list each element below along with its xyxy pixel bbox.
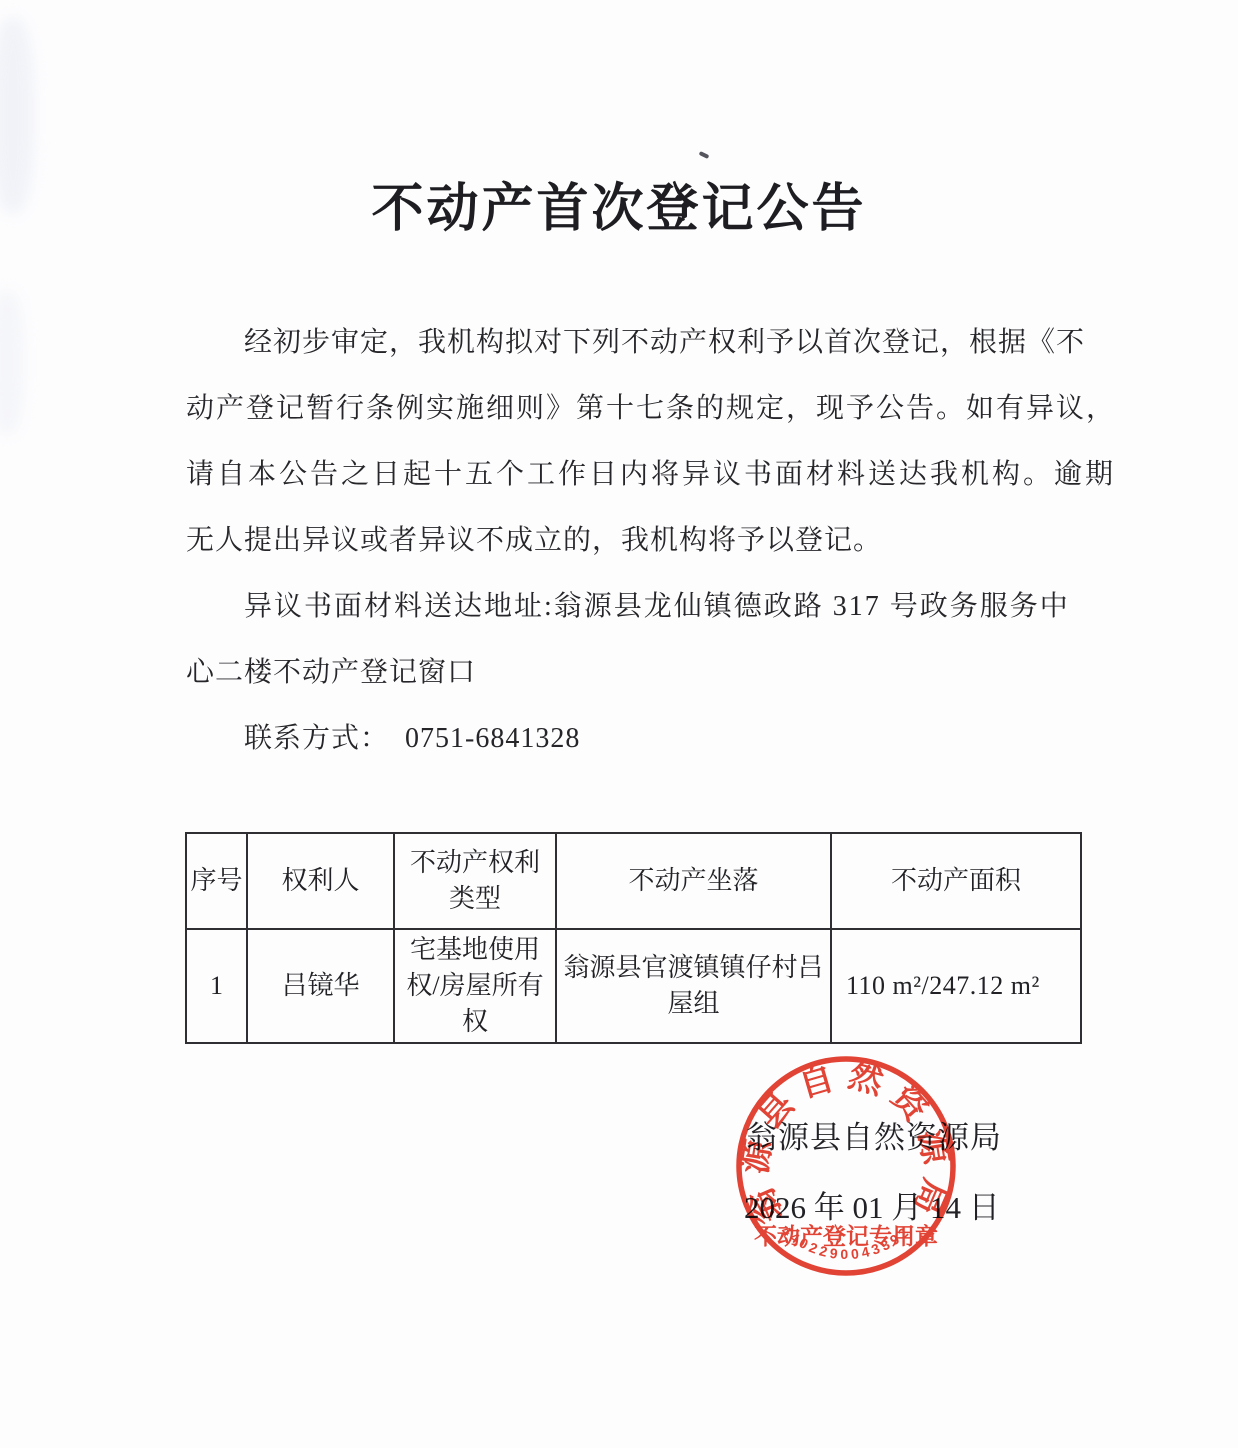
svg-text:翁源县自然资源局: 翁源县自然资源局: [736, 1056, 956, 1229]
table-cell-owner: 吕镜华: [247, 929, 394, 1043]
table-header-row: 序号 权利人 不动产权利类型 不动产坐落 不动产面积: [186, 833, 1081, 929]
page-title: 不动产首次登记公告: [0, 166, 1238, 241]
table-cell-location: 翁源县官渡镇镇仔村吕屋组: [556, 929, 831, 1043]
body-line: 无人提出异议或者异议不成立的，我机构将予以登记。: [186, 508, 1088, 574]
table-cell-area: 110 m²/247.12 m²: [831, 929, 1081, 1043]
body-line: 动产登记暂行条例实施细则》第十七条的规定，现予公告。如有异议，: [186, 376, 1088, 442]
table-cell-no: 1: [186, 929, 247, 1043]
scan-smudge: [0, 290, 24, 435]
document-page: 不动产首次登记公告 经初步审定，我机构拟对下列不动产权利予以首次登记，根据《不 …: [0, 0, 1238, 1448]
body-line: 经初步审定，我机构拟对下列不动产权利予以首次登记，根据《不: [186, 310, 1088, 376]
body-line: 异议书面材料送达地址:翁源县龙仙镇德政路 317 号政务服务中: [186, 574, 1088, 640]
table-cell-right-type: 宅基地使用权/房屋所有权: [394, 929, 556, 1043]
table-header-cell: 不动产权利类型: [394, 833, 556, 929]
property-table: 序号 权利人 不动产权利类型 不动产坐落 不动产面积 1 吕镜华 宅基地使用权/…: [185, 832, 1082, 1044]
seal-ring-text: 翁源县自然资源局: [736, 1056, 956, 1229]
body-line: 心二楼不动产登记窗口: [186, 640, 1088, 706]
table-header-cell: 不动产坐落: [556, 833, 831, 929]
table-row: 1 吕镜华 宅基地使用权/房屋所有权 翁源县官渡镇镇仔村吕屋组 110 m²/2…: [186, 929, 1081, 1043]
body-line: 请自本公告之日起十五个工作日内将异议书面材料送达我机构。逾期: [186, 442, 1088, 508]
scan-speck: [699, 151, 710, 159]
announcement-body: 经初步审定，我机构拟对下列不动产权利予以首次登记，根据《不 动产登记暂行条例实施…: [186, 310, 1088, 772]
body-line: 联系方式： 0751-6841328: [186, 706, 1088, 772]
table-header-cell: 序号: [186, 833, 247, 929]
official-seal-stamp: 翁源县自然资源局 不动产登记专用章 4402290043392: [735, 1055, 957, 1277]
table-header-cell: 权利人: [247, 833, 394, 929]
table-header-cell: 不动产面积: [831, 833, 1081, 929]
